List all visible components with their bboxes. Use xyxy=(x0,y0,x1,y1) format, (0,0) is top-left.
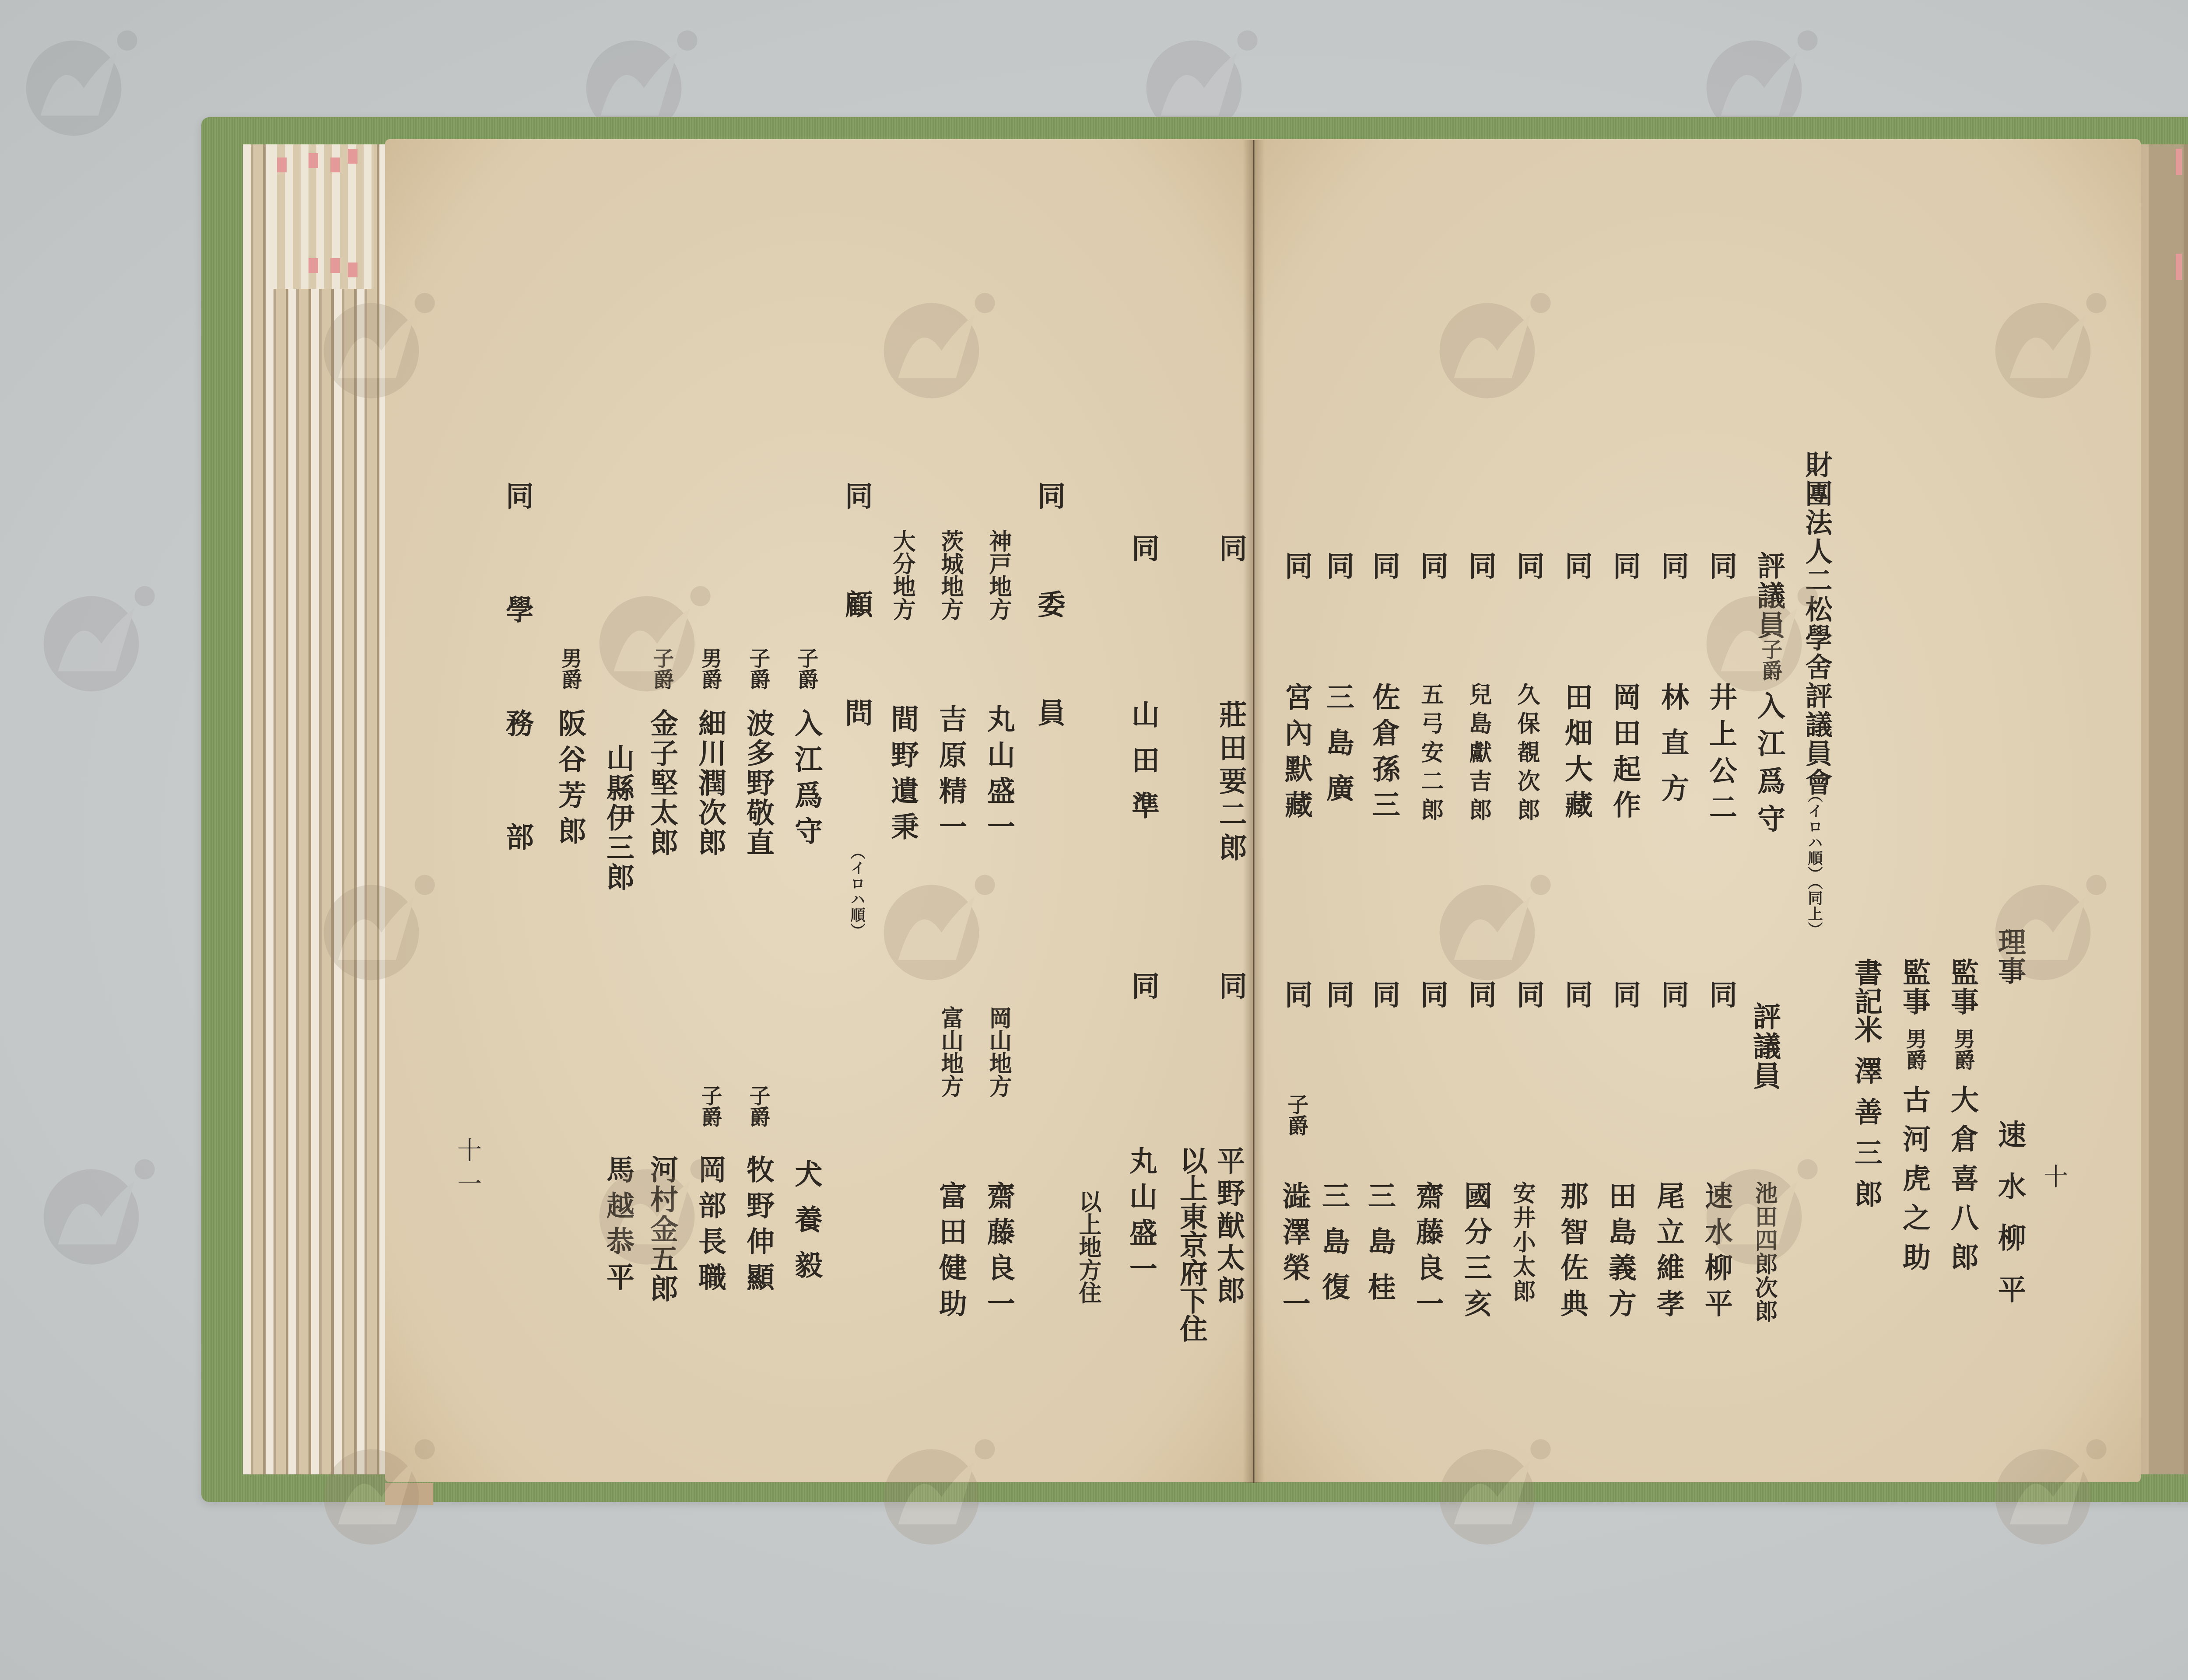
red-page-marker xyxy=(348,149,358,164)
council-role: 評議員 xyxy=(1755,551,1783,640)
council-name: 兒島獻吉郎 xyxy=(1467,682,1490,827)
council-name: 五弓安二郎 xyxy=(1419,682,1441,827)
advisor-title: 子爵 xyxy=(794,647,818,689)
council-name: 田島義方 xyxy=(1606,1181,1634,1325)
council-label: 同 xyxy=(1610,551,1638,597)
council-role: 評議員 xyxy=(1750,1002,1778,1091)
advisor-title: 子爵 xyxy=(746,1085,770,1127)
council-label: 同 xyxy=(1659,980,1687,1025)
bottom-page-tab xyxy=(385,1483,433,1505)
council-name: 林直方 xyxy=(1659,682,1687,819)
advisor-name: 入江爲守 xyxy=(792,709,820,852)
council-label: 同 xyxy=(1466,980,1494,1025)
council-label: 同 xyxy=(1282,551,1310,597)
tokyo-label: 同 xyxy=(1217,534,1245,579)
advisor-name: 山縣伊三郎 xyxy=(604,744,632,892)
regional-note: 以上地方住 xyxy=(1076,1190,1099,1304)
committee-region: 神戸地方 xyxy=(987,529,1010,620)
advisor-title: 男爵 xyxy=(698,647,722,689)
tokyo-note: 以上東京府下住 xyxy=(1177,1146,1205,1342)
officer-role: 書記 xyxy=(1852,958,1880,1016)
council-title: 子爵 xyxy=(1758,639,1782,681)
officer-name: 古河虎之助 xyxy=(1900,1085,1928,1282)
advisor-name: 河村金五郎 xyxy=(648,1155,676,1304)
tokyo-name: 平野猷太郎 xyxy=(1214,1146,1242,1308)
tokyo-name: 山田準 xyxy=(1129,700,1157,836)
council-name: 宮內默藏 xyxy=(1282,682,1310,826)
red-page-marker xyxy=(277,157,287,172)
council-name: 入江爲守 xyxy=(1755,691,1783,842)
tokyo-name: 莊田要二郎 xyxy=(1217,700,1245,866)
officer-role: 監事 xyxy=(1948,958,1976,1016)
committee-region: 岡山地方 xyxy=(987,1006,1010,1097)
council-name: 國分三亥 xyxy=(1462,1181,1490,1325)
council-name: 田畑大藏 xyxy=(1562,682,1590,826)
council-title: 子爵 xyxy=(1284,1094,1308,1136)
council-label: 同 xyxy=(1282,980,1310,1025)
committee-name: 富田健助 xyxy=(936,1181,964,1325)
advisor-title: 子爵 xyxy=(746,647,770,689)
committee-region: 茨城地方 xyxy=(939,529,961,620)
section-heading-note: （イロハ順）（同上） xyxy=(1806,787,1821,938)
council-name: 尾立維孝 xyxy=(1654,1181,1682,1325)
officer-name: 速水柳平 xyxy=(1995,1120,2023,1326)
committee-region: 大分地方 xyxy=(891,529,913,620)
council-label: 同 xyxy=(1514,551,1542,597)
council-label: 同 xyxy=(1418,551,1446,597)
council-name: 岡田起作 xyxy=(1610,682,1638,826)
advisor-name: 波多野敬直 xyxy=(744,709,772,857)
committee-heading: 同 委 員 xyxy=(1035,481,1063,752)
council-name: 安井小太郎 xyxy=(1511,1181,1533,1304)
tokyo-label: 同 xyxy=(1129,534,1157,579)
academic-heading: 同 學 務 部 xyxy=(503,481,531,879)
advisor-title: 子爵 xyxy=(650,647,673,689)
advisor-name: 金子堅太郎 xyxy=(648,709,676,857)
red-page-marker xyxy=(348,262,358,277)
council-label: 同 xyxy=(1514,980,1542,1025)
officer-role: 監事 xyxy=(1900,958,1928,1016)
committee-name: 間野遺秉 xyxy=(888,704,916,848)
council-label: 同 xyxy=(1707,980,1735,1025)
council-name: 三島桂 xyxy=(1365,1181,1393,1318)
tokyo-label: 同 xyxy=(1217,971,1245,1017)
tokyo-label: 同 xyxy=(1129,971,1157,1017)
red-page-marker xyxy=(309,153,318,168)
council-name: 久保覩次郎 xyxy=(1515,682,1538,827)
advisors-note: （イロハ順） xyxy=(849,844,864,939)
committee-name: 丸山盛一 xyxy=(985,704,1013,848)
council-label: 同 xyxy=(1324,980,1352,1025)
red-page-marker xyxy=(309,258,318,273)
advisor-title: 男爵 xyxy=(558,647,582,689)
council-name: 速水柳平 xyxy=(1702,1181,1730,1325)
council-name: 三島復 xyxy=(1319,1181,1347,1318)
council-label: 同 xyxy=(1562,980,1590,1025)
council-label: 同 xyxy=(1370,551,1398,597)
page-number: 十一 xyxy=(455,1137,480,1204)
council-name: 池田四郎次郎 xyxy=(1753,1181,1775,1323)
committee-name: 吉原精一 xyxy=(936,704,964,848)
council-label: 同 xyxy=(1610,980,1638,1025)
section-heading: 財團法人二松學舍評議員會 xyxy=(1803,451,1830,797)
advisor-name: 阪谷芳郎 xyxy=(556,709,584,852)
page-number: 十 xyxy=(2041,1164,2066,1201)
council-name: 井上公二 xyxy=(1707,682,1735,829)
council-name: 那智佐典 xyxy=(1558,1181,1586,1325)
tokyo-name: 丸山盛一 xyxy=(1127,1146,1155,1290)
red-page-marker xyxy=(330,157,340,172)
officer-role: 理事 xyxy=(1995,927,2023,985)
advisor-name: 牧野伸顯 xyxy=(744,1155,772,1298)
advisors-heading: 同 顧 問 xyxy=(842,481,870,752)
left-page-stack xyxy=(243,144,394,1474)
officer-name: 米澤善三郎 xyxy=(1852,1015,1880,1221)
right-page-stack xyxy=(2135,144,2188,1474)
red-page-marker xyxy=(2176,254,2182,280)
council-label: 同 xyxy=(1562,551,1590,597)
council-label: 同 xyxy=(1466,551,1494,597)
advisor-name: 細川潤次郎 xyxy=(696,709,724,857)
committee-name: 齋藤良一 xyxy=(985,1181,1013,1325)
council-name: 澁澤榮一 xyxy=(1280,1181,1308,1325)
committee-region: 富山地方 xyxy=(939,1006,961,1097)
council-name: 齋藤良一 xyxy=(1413,1181,1441,1325)
advisor-name: 馬越恭平 xyxy=(604,1155,632,1298)
council-name: 佐倉孫三 xyxy=(1370,682,1398,826)
red-page-marker xyxy=(2176,149,2182,175)
council-label: 同 xyxy=(1707,551,1735,597)
advisor-name: 岡部長職 xyxy=(696,1155,724,1298)
council-name: 三島廣 xyxy=(1324,682,1352,819)
council-label: 同 xyxy=(1418,980,1446,1025)
officer-name: 大倉喜八郎 xyxy=(1948,1085,1976,1282)
advisor-title: 子爵 xyxy=(698,1085,722,1127)
advisor-name: 犬養毅 xyxy=(792,1159,820,1296)
officer-title: 男爵 xyxy=(1951,1028,1974,1070)
council-label: 同 xyxy=(1659,551,1687,597)
officer-title: 男爵 xyxy=(1903,1028,1926,1070)
council-label: 同 xyxy=(1370,980,1398,1025)
council-label: 同 xyxy=(1324,551,1352,597)
red-page-marker xyxy=(330,258,340,273)
